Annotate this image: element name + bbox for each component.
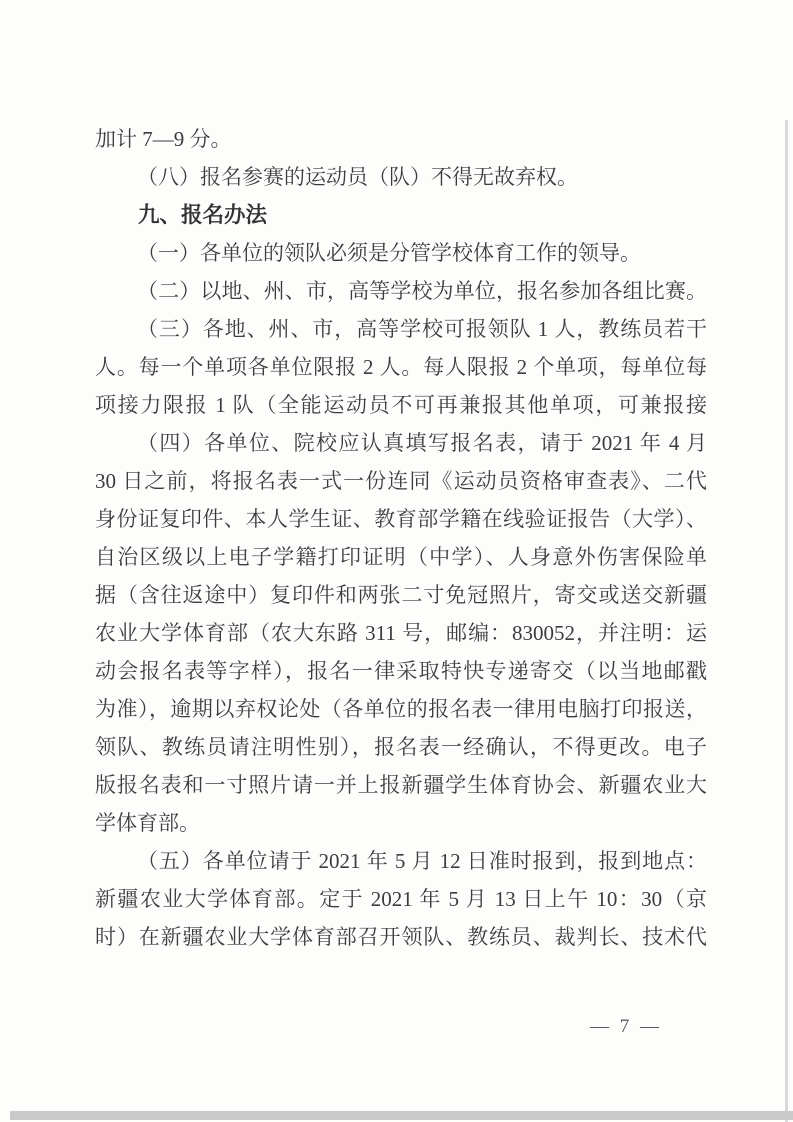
paper-edge-right-shadow <box>785 120 788 1122</box>
document-line: 时）在新疆农业大学体育部召开领队、教练员、裁判长、技术代 <box>95 918 707 956</box>
document-line: 动会报名表等字样），报名一律采取特快专递寄交（以当地邮戳 <box>95 652 707 690</box>
document-page: 加计 7—9 分。 （八）报名参赛的运动员（队）不得无故弃权。 九、报名办法 （… <box>0 0 793 1122</box>
document-body: 加计 7—9 分。 （八）报名参赛的运动员（队）不得无故弃权。 九、报名办法 （… <box>95 120 707 956</box>
document-line: 领队、教练员请注明性别），报名表一经确认，不得更改。电子 <box>95 728 707 766</box>
document-line: 人。每一个单项各单位限报 2 人。每人限报 2 个单项，每单位每 <box>95 348 707 386</box>
document-line: 版报名表和一寸照片请一并上报新疆学生体育协会、新疆农业大 <box>95 766 707 804</box>
page-number: — 7 — <box>590 1016 662 1038</box>
document-line: （一）各单位的领队必须是分管学校体育工作的领导。 <box>95 234 707 272</box>
document-line: 据（含往返途中）复印件和两张二寸免冠照片，寄交或送交新疆 <box>95 576 707 614</box>
document-line: 30 日之前，将报名表一式一份连同《运动员资格审查表》、二代 <box>95 462 707 500</box>
document-line: （八）报名参赛的运动员（队）不得无故弃权。 <box>95 158 707 196</box>
document-line: （二）以地、州、市，高等学校为单位，报名参加各组比赛。 <box>95 272 707 310</box>
document-line: 学体育部。 <box>95 804 707 842</box>
document-line: 加计 7—9 分。 <box>95 120 707 158</box>
document-line: 自治区级以上电子学籍打印证明（中学）、人身意外伤害保险单 <box>95 538 707 576</box>
paper-edge-bottom-shadow <box>10 1111 793 1120</box>
document-line: 项接力限报 1 队（全能运动员不可再兼报其他单项，可兼报接力）。 <box>95 386 707 424</box>
document-line: （五）各单位请于 2021 年 5 月 12 日准时报到，报到地点： <box>95 842 707 880</box>
document-line: （三）各地、州、市，高等学校可报领队 1 人，教练员若干 <box>95 310 707 348</box>
document-line: 身份证复印件、本人学生证、教育部学籍在线验证报告（大学）、 <box>95 500 707 538</box>
document-line: 为准），逾期以弃权论处（各单位的报名表一律用电脑打印报送， <box>95 690 707 728</box>
document-line: 新疆农业大学体育部。定于 2021 年 5 月 13 日上午 10：30（京 <box>95 880 707 918</box>
document-line: 农业大学体育部（农大东路 311 号，邮编：830052，并注明：运 <box>95 614 707 652</box>
document-line: （四）各单位、院校应认真填写报名表，请于 2021 年 4 月 <box>95 424 707 462</box>
section-heading: 九、报名办法 <box>95 196 707 234</box>
